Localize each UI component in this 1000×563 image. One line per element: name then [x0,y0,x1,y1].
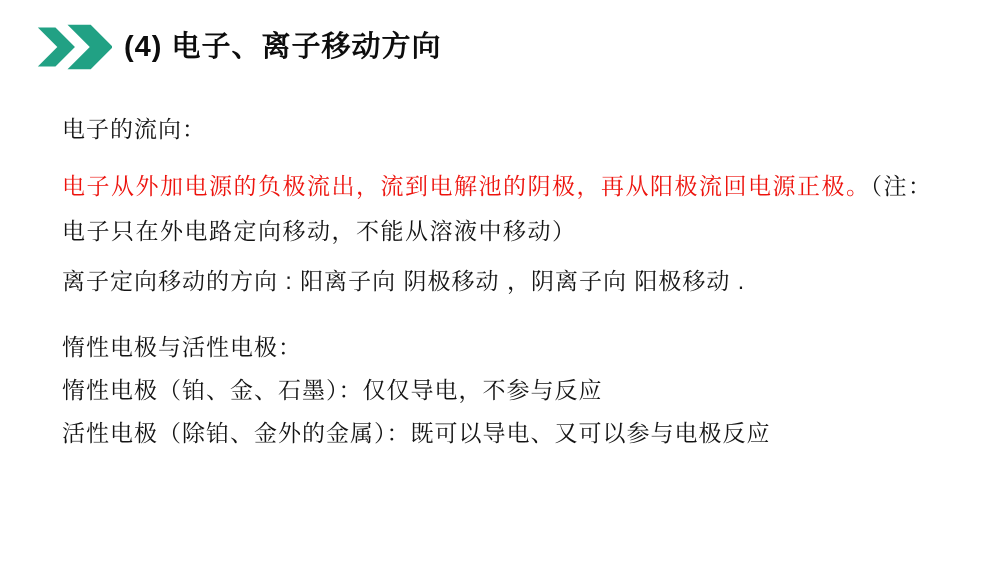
note-open-text: （注： [871,173,933,199]
inert-electrode-line: 惰性电极（铂、金、石墨）：仅仅导电，不参与反应 [62,375,603,405]
electron-flow-line-1: 电子从外加电源的负极流出，流到电解池的阴极，再从阳极流回电源正极。（注： [62,164,933,209]
presentation-slide: (4) 电子、离子移动方向 电子的流向： 电子从外加电源的负极流出，流到电解池的… [0,0,1000,563]
double-chevron-right-icon [36,24,112,70]
active-electrode-line: 活性电极（除铂、金外的金属）：既可以导电、又可以参与电极反应 [62,418,771,448]
slide-header: (4) 电子、离子移动方向 [36,24,442,70]
note-rest-text: 电子只在外电路定向移动，不能从溶液中移动） [62,218,577,244]
slide-title: (4) 电子、离子移动方向 [124,24,442,70]
ion-direction-line: 离子定向移动的方向 : 阳离子向 阴极移动 ，阴离子向 阳极移动 . [62,266,745,296]
electron-flow-heading: 电子的流向： [62,114,206,144]
electrode-types-heading: 惰性电极与活性电极： [62,332,302,362]
electron-flow-line-2: 电子只在外电路定向移动，不能从溶液中移动） [62,209,577,254]
electron-flow-highlight-text: 电子从外加电源的负极流出，流到电解池的阴极，再从阳极流回电源正极。 [62,173,871,199]
